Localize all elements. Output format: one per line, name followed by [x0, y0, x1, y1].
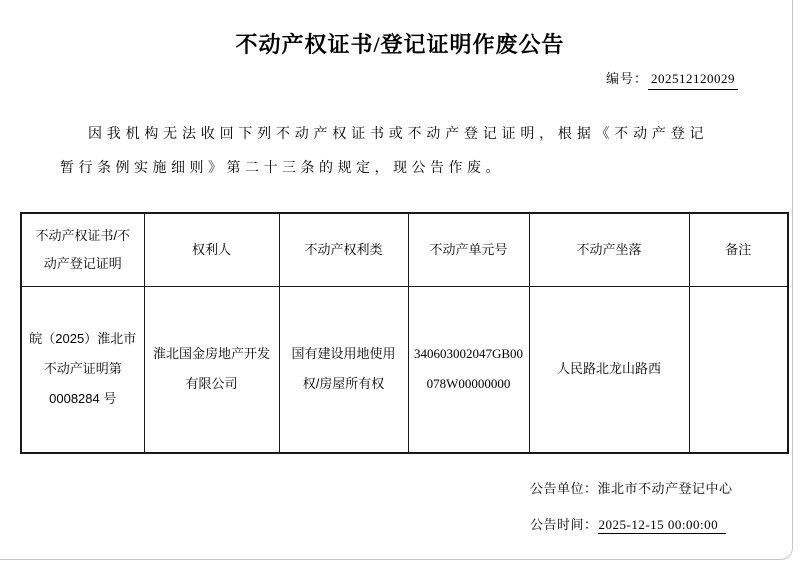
header-certificate-no: 不动产权证书/不动产登记证明: [21, 213, 144, 286]
header-location: 不动产坐落: [529, 213, 689, 286]
cell-unit-no: 340603002047GB00078W00000000: [408, 286, 529, 453]
cell-certificate-no: 皖（2025）淮北市不动产证明第0008284 号: [21, 286, 144, 453]
notice-document: 不动产权证书/登记证明作废公告 编号：202512120029 因我机构无法收回…: [0, 30, 800, 543]
header-unit-no: 不动产单元号: [408, 213, 529, 286]
announce-time-label: 公告时间：: [530, 517, 598, 532]
announce-time-line: 公告时间：2025-12-15 00:00:00: [530, 507, 800, 543]
certificates-table: 不动产权证书/不动产登记证明 权利人 不动产权利类 不动产单元号 不动产坐落 备…: [20, 212, 789, 454]
cell-location: 人民路北龙山路西: [529, 286, 689, 453]
header-holder: 权利人: [144, 213, 279, 286]
table-row: 皖（2025）淮北市不动产证明第0008284 号 淮北国金房地产开发有限公司 …: [21, 286, 788, 453]
serial-number-value: 202512120029: [648, 70, 738, 90]
notice-body-text: 因我机构无法收回下列不动产权证书或不动产登记证明，根据《不动产登记暂行条例实施细…: [60, 116, 708, 184]
cell-remarks: [689, 286, 788, 453]
announce-unit-value: 淮北市不动产登记中心: [598, 481, 733, 496]
serial-number-row: 编号：202512120029: [0, 70, 800, 90]
cell-holder: 淮北国金房地产开发有限公司: [144, 286, 279, 453]
announce-unit-label: 公告单位：: [530, 481, 598, 496]
table-header: 不动产权证书/不动产登记证明 权利人 不动产权利类 不动产单元号 不动产坐落 备…: [21, 213, 788, 286]
announce-time-value: 2025-12-15 00:00:00: [598, 517, 727, 534]
cell-right-type: 国有建设用地使用权/房屋所有权: [279, 286, 408, 453]
notice-footer: 公告单位：淮北市不动产登记中心 公告时间：2025-12-15 00:00:00: [530, 471, 800, 543]
table-body: 皖（2025）淮北市不动产证明第0008284 号 淮北国金房地产开发有限公司 …: [21, 286, 788, 453]
header-remarks: 备注: [689, 213, 788, 286]
serial-number-label: 编号：: [606, 71, 648, 86]
announce-unit-line: 公告单位：淮北市不动产登记中心: [530, 471, 800, 507]
header-right-type: 不动产权利类: [279, 213, 408, 286]
page-title: 不动产权证书/登记证明作废公告: [0, 30, 800, 60]
table-header-row: 不动产权证书/不动产登记证明 权利人 不动产权利类 不动产单元号 不动产坐落 备…: [21, 213, 788, 286]
